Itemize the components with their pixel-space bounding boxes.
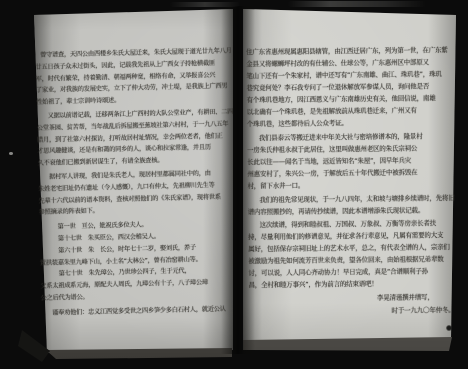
handwritten-line: 昌，全村和睦万事兴”，作为前言的结束语吧！ xyxy=(248,277,459,291)
photo-smudge xyxy=(170,2,240,7)
photo-frame: 曾守谱查，天四公由西楼乡朱氏大屋迁来，朱氏大屋现于道光廿九年八月廿五日孩子众未过… xyxy=(0,0,468,369)
binding-hole xyxy=(446,325,452,331)
photo-smudge xyxy=(288,1,426,7)
left-page-text: 曾守谱查，天四公由西楼乡朱氏大屋迁来，朱氏大屋现于道光廿九年八月廿五日孩子众未过… xyxy=(35,46,239,320)
handwritten-line: 谱内容照搬抄的，再请传抄续谱，因此本谱增添朱氏现状记载。 xyxy=(248,204,459,218)
handwritten-line: 李晃清谨撰并缮写， xyxy=(249,291,460,305)
handwritten-line: 个珠玑巷，这些都待后人公众考证。 xyxy=(247,116,458,130)
right-page-text: 住广东省惠州现属惠阳县辖管，由江西迁居广东，列为第一世，在广东紫金县又将螺蛳坪村… xyxy=(246,44,460,318)
dust-speck xyxy=(9,152,13,155)
handwritten-line: 村，留下水井一口。 xyxy=(247,178,458,192)
handwritten-line: 时于一九九〇年仲冬。 xyxy=(249,304,460,318)
